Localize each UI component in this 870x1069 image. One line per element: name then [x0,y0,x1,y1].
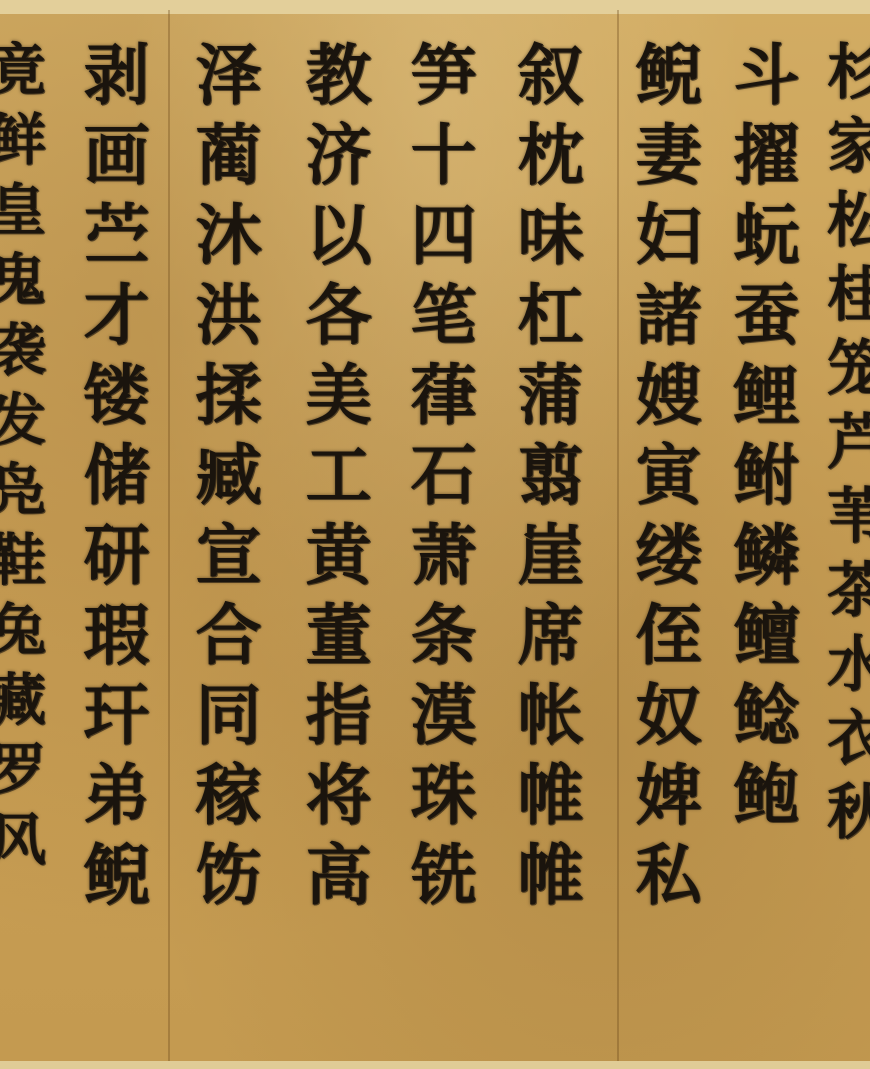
column-4: 叙枕味杠蒲翦崖席帐帷帷 [512,40,578,920]
column-9: 竟鲜皇鬼袭发凫鞋兔藏罗风 [0,40,42,880]
calligraphy-scroll: 杉家松桂笼芦苇茶水衣秋 斗擢蚖蚕鲤鲋鳞鳣鲶鲍 鲵妻妇諸嫂寅缕侄奴婢私 叙枕味杠蒲… [0,0,870,1069]
paper-seam [168,10,170,1069]
paper-seam [617,10,619,1069]
column-1: 杉家松桂笼芦苇茶水衣秋 [822,40,870,854]
column-8: 剥画苎才镂储研瑕玕弟鲵 [78,40,144,920]
column-2: 斗擢蚖蚕鲤鲋鳞鳣鲶鲍 [728,40,794,840]
column-6: 教济以各美工黄董指将高 [300,40,366,920]
scroll-top-mount [0,0,870,14]
column-5: 笋十四笔葎石萧条漠珠铣 [405,40,471,920]
column-7: 泽蔺沐洪揉臧宣合同稼饬 [190,40,256,920]
column-3: 鲵妻妇諸嫂寅缕侄奴婢私 [630,40,696,920]
scroll-bottom-mount [0,1061,870,1069]
